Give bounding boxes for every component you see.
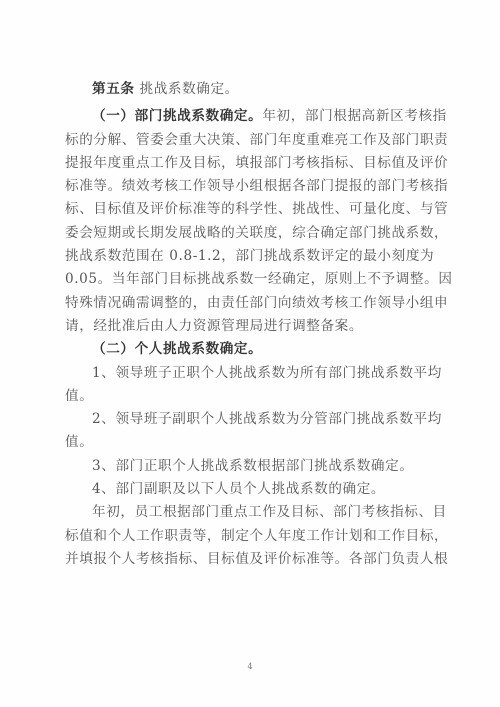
section2-paragraph-line: 年初，员工根据部门重点工作及目标、部门考核指标、目 xyxy=(65,501,435,524)
section1-line: 标的分解、管委会重大决策、部门年度重难亮工作及部门职责 xyxy=(65,129,435,152)
section2-item-3: 3、部门正职个人挑战系数根据部门挑战系数确定。 xyxy=(65,455,435,478)
section1-first-line: （一）部门挑战系数确定。年初，部门根据高新区考核指 xyxy=(65,105,435,128)
section1-line: 委会短期或长期发展战略的关联度，综合确定部门挑战系数， xyxy=(65,222,435,245)
section1-line: 0.05。当年部门目标挑战系数一经确定，原则上不予调整。因 xyxy=(65,268,435,291)
article-heading: 第五条 挑战系数确定。 xyxy=(65,78,435,101)
section1-line: 年初，部门根据高新区考核指 xyxy=(262,108,447,124)
section1-heading: （一）部门挑战系数确定。 xyxy=(92,108,262,124)
article-label: 第五条 xyxy=(92,81,135,97)
page-content: 第五条 挑战系数确定。 （一）部门挑战系数确定。年初，部门根据高新区考核指 标的… xyxy=(65,78,435,571)
section2-item-1: 1、领导班子正职个人挑战系数为所有部门挑战系数平均 xyxy=(65,362,435,385)
article-title: 挑战系数确定。 xyxy=(140,81,239,97)
section2-item-4: 4、部门副职及以下人员个人挑战系数的确定。 xyxy=(65,478,435,501)
section1-line: 挑战系数范围在 0.8-1.2，部门挑战系数评定的最小刻度为 xyxy=(65,245,435,268)
section2-paragraph-line: 并填报个人考核指标、目标值及评价标准等。各部门负责人根 xyxy=(65,548,435,571)
section1-line: 标准等。绩效考核工作领导小组根据各部门提报的部门考核指 xyxy=(65,175,435,198)
section1-line: 特殊情况确需调整的，由责任部门向绩效考核工作领导小组申 xyxy=(65,292,435,315)
document-page: 第五条 挑战系数确定。 （一）部门挑战系数确定。年初，部门根据高新区考核指 标的… xyxy=(0,0,500,707)
section2-item-1-cont: 值。 xyxy=(65,385,435,408)
section2-heading: （二）个人挑战系数确定。 xyxy=(65,338,435,361)
page-number: 4 xyxy=(0,662,500,671)
section1-line: 提报年度重点工作及目标，填报部门考核指标、目标值及评价 xyxy=(65,152,435,175)
section1-line: 请，经批准后由人力资源管理局进行调整备案。 xyxy=(65,315,435,338)
section2-item-2-cont: 值。 xyxy=(65,431,435,454)
section2-item-2: 2、领导班子副职个人挑战系数为分管部门挑战系数平均 xyxy=(65,408,435,431)
section2-paragraph-line: 标值和个人工作职责等，制定个人年度工作计划和工作目标， xyxy=(65,525,435,548)
section1-line: 标、目标值及评价标准等的科学性、挑战性、可量化度、与管 xyxy=(65,198,435,221)
